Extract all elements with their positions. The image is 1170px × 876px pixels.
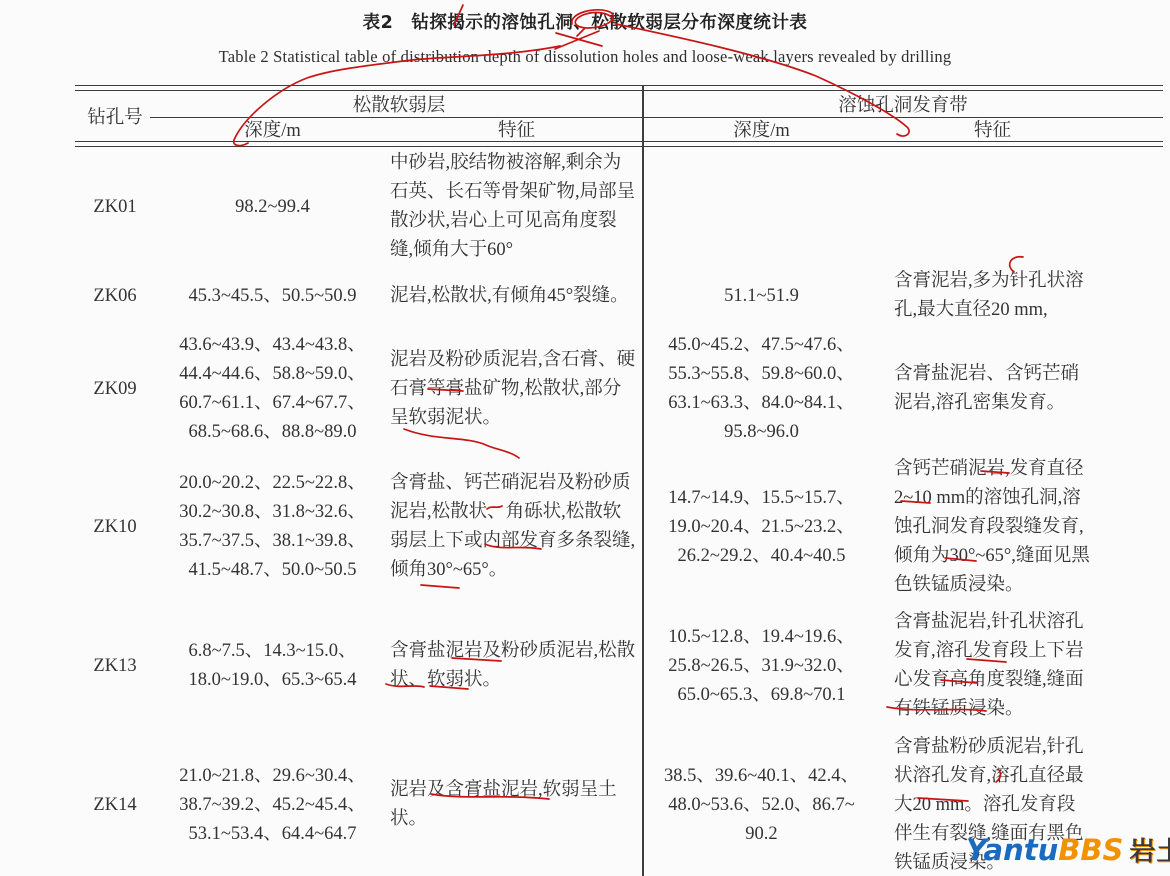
dissolution-depth-cell: 38.5、39.6~40.1、42.4、 48.0~53.6、52.0、86.7… — [643, 731, 880, 876]
header-group-loose-weak: 松散软弱层 — [155, 91, 643, 117]
loose-feature-cell: 泥岩及粉砂质泥岩,含石膏、硬石膏等膏盐矿物,松散状,部分呈软弱泥状。 — [390, 325, 643, 453]
header-group-dissolution: 溶蚀孔洞发育带 — [643, 91, 1163, 117]
data-table: 钻孔号 松散软弱层 溶蚀孔洞发育带 深度/m 特征 深度/m 特征 ZK01 9… — [75, 85, 1163, 876]
document-page: 表2 钻探揭示的溶蚀孔洞、松散软弱层分布深度统计表 Table 2 Statis… — [0, 0, 1170, 876]
table-row: ZK09 43.6~43.9、43.4~43.8、 44.4~44.6、58.8… — [75, 325, 1163, 453]
dissolution-depth-cell: 51.1~51.9 — [643, 267, 880, 325]
dissolution-depth-cell: 14.7~14.9、15.5~15.7、 19.0~20.4、21.5~23.2… — [643, 453, 880, 601]
watermark-yantu: Yantu — [966, 833, 1058, 867]
loose-depth-cell: 98.2~99.4 — [155, 147, 390, 267]
loose-depth-cell: 21.0~21.8、29.6~30.4、 38.7~39.2、45.2~45.4… — [155, 731, 390, 876]
header-depth-dissolution: 深度/m — [643, 117, 880, 141]
table-row: ZK06 45.3~45.5、50.5~50.9 泥岩,松散状,有倾角45°裂缝… — [75, 267, 1163, 325]
loose-feature-cell: 泥岩,松散状,有倾角45°裂缝。 — [390, 267, 643, 325]
borehole-id-cell: ZK09 — [75, 325, 155, 453]
dissolution-depth-cell — [643, 147, 880, 267]
borehole-id-cell: ZK10 — [75, 453, 155, 601]
dissolution-depth-cell: 45.0~45.2、47.5~47.6、 55.3~55.8、59.8~60.0… — [643, 325, 880, 453]
borehole-id-cell: ZK14 — [75, 731, 155, 876]
loose-depth-cell: 43.6~43.9、43.4~43.8、 44.4~44.6、58.8~59.0… — [155, 325, 390, 453]
dissolution-feature-cell: 含膏泥岩,多为针孔状溶孔,最大直径20 mm, — [880, 267, 1163, 325]
table-vertical-divider — [642, 85, 644, 876]
table-title-zh: 表2 钻探揭示的溶蚀孔洞、松散软弱层分布深度统计表 — [0, 9, 1170, 34]
dissolution-feature-cell: 含膏盐泥岩,针孔状溶孔发育,溶孔发育段上下岩心发育高角度裂缝,缝面有铁锰质浸染。 — [880, 601, 1163, 731]
table-title-en: Table 2 Statistical table of distributio… — [0, 47, 1170, 67]
header-feature-dissolution: 特征 — [880, 117, 1163, 141]
loose-depth-cell: 20.0~20.2、22.5~22.8、 30.2~30.8、31.8~32.6… — [155, 453, 390, 601]
dissolution-feature-cell: 含钙芒硝泥岩,发育直径2~10 mm的溶蚀孔洞,溶蚀孔洞发育段裂缝发育,倾角为3… — [880, 453, 1163, 601]
dissolution-depth-cell: 10.5~12.8、19.4~19.6、 25.8~26.5、31.9~32.0… — [643, 601, 880, 731]
loose-feature-cell: 含膏盐泥岩及粉砂质泥岩,松散状、软弱状。 — [390, 601, 643, 731]
loose-depth-cell: 45.3~45.5、50.5~50.9 — [155, 267, 390, 325]
header-depth-loose: 深度/m — [155, 117, 390, 141]
table-row: ZK10 20.0~20.2、22.5~22.8、 30.2~30.8、31.8… — [75, 453, 1163, 601]
loose-feature-cell: 含膏盐、钙芒硝泥岩及粉砂质泥岩,松散状、角砾状,松散软弱层上下或内部发育多条裂缝… — [390, 453, 643, 601]
header-feature-loose: 特征 — [390, 117, 643, 141]
header-borehole: 钻孔号 — [75, 91, 155, 141]
table-row: ZK13 6.8~7.5、14.3~15.0、 18.0~19.0、65.3~6… — [75, 601, 1163, 731]
loose-depth-cell: 6.8~7.5、14.3~15.0、 18.0~19.0、65.3~65.4 — [155, 601, 390, 731]
loose-feature-cell: 泥岩及含膏盐泥岩,软弱呈土状。 — [390, 731, 643, 876]
watermark-yantu-online: 岩土在线 — [1129, 837, 1170, 867]
table-header: 钻孔号 松散软弱层 溶蚀孔洞发育带 深度/m 特征 深度/m 特征 — [75, 91, 1163, 141]
watermark-bbs: BBS — [1058, 833, 1123, 867]
table-row: ZK01 98.2~99.4 中砂岩,胶结物被溶解,剩余为石英、长石等骨架矿物,… — [75, 147, 1163, 267]
table-body: ZK01 98.2~99.4 中砂岩,胶结物被溶解,剩余为石英、长石等骨架矿物,… — [75, 147, 1163, 876]
borehole-id-cell: ZK13 — [75, 601, 155, 731]
loose-feature-cell: 中砂岩,胶结物被溶解,剩余为石英、长石等骨架矿物,局部呈散沙状,岩心上可见高角度… — [390, 147, 643, 267]
dissolution-feature-cell — [880, 147, 1163, 267]
dissolution-feature-cell: 含膏盐泥岩、含钙芒硝泥岩,溶孔密集发育。 — [880, 325, 1163, 453]
borehole-id-cell: ZK01 — [75, 147, 155, 267]
watermark: YantuBBS岩土在线 — [966, 831, 1170, 868]
borehole-id-cell: ZK06 — [75, 267, 155, 325]
